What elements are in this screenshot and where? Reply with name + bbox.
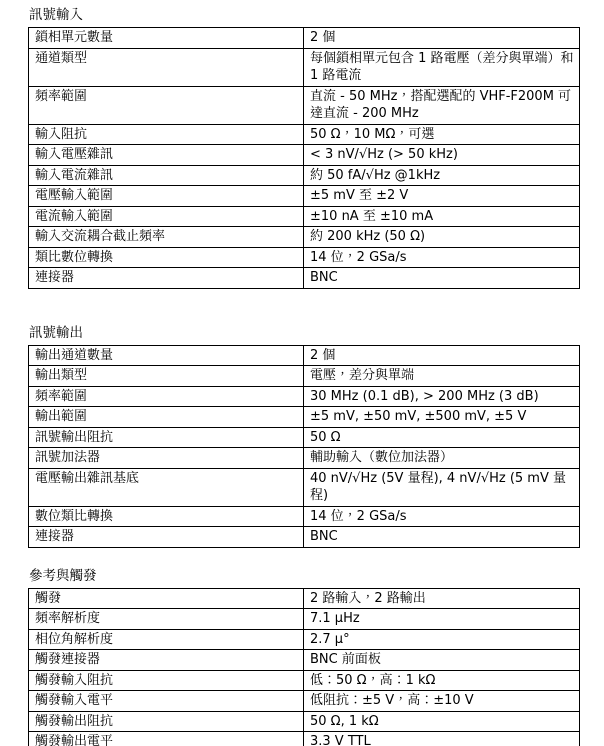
spec-value: 低：50 Ω，高：1 kΩ (304, 670, 580, 691)
spec-value: 14 位，2 GSa/s (304, 506, 580, 527)
spec-value: 50 Ω，10 MΩ，可選 (304, 124, 580, 145)
spec-value: 14 位，2 GSa/s (304, 247, 580, 268)
spec-value: 低阻抗：±5 V，高：±10 V (304, 691, 580, 712)
spec-value: < 3 nV/√Hz (> 50 kHz) (304, 145, 580, 166)
table-row: 輸入電壓雜訊 < 3 nV/√Hz (> 50 kHz) (29, 145, 580, 166)
spec-label: 輸入電壓雜訊 (29, 145, 304, 166)
table-row: 鎖相單元數量 2 個 (29, 28, 580, 49)
spec-table-signal-input: 鎖相單元數量 2 個 通道類型 每個鎖相單元包含 1 路電壓（差分與單端）和 1… (28, 27, 580, 289)
table-row: 訊號輸出阻抗 50 Ω (29, 427, 580, 448)
spec-label: 輸入交流耦合截止頻率 (29, 227, 304, 248)
section-title: 訊號輸入 (29, 7, 580, 24)
section-title: 參考與觸發 (29, 568, 580, 585)
table-row: 輸出範圍 ±5 mV, ±50 mV, ±500 mV, ±5 V (29, 407, 580, 428)
spec-value: 每個鎖相單元包含 1 路電壓（差分與單端）和 1 路電流 (304, 48, 580, 86)
table-row: 觸發輸入阻抗 低：50 Ω，高：1 kΩ (29, 670, 580, 691)
table-row: 頻率範圍 直流 - 50 MHz，搭配選配的 VHF-F200M 可達直流 - … (29, 86, 580, 124)
spec-label: 觸發 (29, 588, 304, 609)
table-row: 觸發輸入電平 低阻抗：±5 V，高：±10 V (29, 691, 580, 712)
spec-value: ±5 mV 至 ±2 V (304, 186, 580, 207)
spec-label: 電壓輸入範圍 (29, 186, 304, 207)
spec-label: 輸出通道數量 (29, 345, 304, 366)
spec-label: 輸出類型 (29, 366, 304, 387)
table-row: 電流輸入範圍 ±10 nA 至 ±10 mA (29, 206, 580, 227)
table-row: 連接器 BNC (29, 268, 580, 289)
table-row: 相位角解析度 2.7 μ° (29, 629, 580, 650)
spec-value: ±10 nA 至 ±10 mA (304, 206, 580, 227)
spec-label: 類比數位轉換 (29, 247, 304, 268)
spec-value: BNC 前面板 (304, 650, 580, 671)
spec-value: 2 路輸入，2 路輸出 (304, 588, 580, 609)
spec-value: 50 Ω, 1 kΩ (304, 711, 580, 732)
table-row: 連接器 BNC (29, 527, 580, 548)
spec-label: 數位類比轉換 (29, 506, 304, 527)
spec-value: BNC (304, 527, 580, 548)
spec-label: 訊號輸出阻抗 (29, 427, 304, 448)
table-row: 觸發輸出阻抗 50 Ω, 1 kΩ (29, 711, 580, 732)
spec-label: 頻率範圍 (29, 86, 304, 124)
spec-label: 電壓輸出雜訊基底 (29, 468, 304, 506)
spec-value: 約 50 fA/√Hz @1kHz (304, 165, 580, 186)
table-row: 頻率解析度 7.1 μHz (29, 609, 580, 630)
table-row: 訊號加法器 輔助輸入（數位加法器） (29, 448, 580, 469)
table-row: 輸出類型 電壓，差分與單端 (29, 366, 580, 387)
table-row: 數位類比轉換 14 位，2 GSa/s (29, 506, 580, 527)
spec-value: 50 Ω (304, 427, 580, 448)
spec-label: 通道類型 (29, 48, 304, 86)
spec-value: 直流 - 50 MHz，搭配選配的 VHF-F200M 可達直流 - 200 M… (304, 86, 580, 124)
spec-value: 2.7 μ° (304, 629, 580, 650)
spec-label: 鎖相單元數量 (29, 28, 304, 49)
spec-label: 頻率範圍 (29, 386, 304, 407)
section-signal-output: 訊號輸出 輸出通道數量 2 個 輸出類型 電壓，差分與單端 頻率範圍 30 MH… (28, 325, 580, 548)
spec-value: 電壓，差分與單端 (304, 366, 580, 387)
table-row: 電壓輸入範圍 ±5 mV 至 ±2 V (29, 186, 580, 207)
spec-label: 相位角解析度 (29, 629, 304, 650)
spec-value: ±5 mV, ±50 mV, ±500 mV, ±5 V (304, 407, 580, 428)
spec-table-reference-trigger: 觸發 2 路輸入，2 路輸出 頻率解析度 7.1 μHz 相位角解析度 2.7 … (28, 588, 580, 746)
table-row: 觸發輸出電平 3.3 V TTL (29, 732, 580, 746)
table-row: 輸出通道數量 2 個 (29, 345, 580, 366)
spec-label: 訊號加法器 (29, 448, 304, 469)
section-signal-input: 訊號輸入 鎖相單元數量 2 個 通道類型 每個鎖相單元包含 1 路電壓（差分與單… (28, 7, 580, 289)
spec-value: 2 個 (304, 345, 580, 366)
section-reference-trigger: 參考與觸發 觸發 2 路輸入，2 路輸出 頻率解析度 7.1 μHz 相位角解析… (28, 568, 580, 746)
spec-label: 輸出範圍 (29, 407, 304, 428)
table-row: 輸入阻抗 50 Ω，10 MΩ，可選 (29, 124, 580, 145)
table-row: 電壓輸出雜訊基底 40 nV/√Hz (5V 量程), 4 nV/√Hz (5 … (29, 468, 580, 506)
spec-label: 頻率解析度 (29, 609, 304, 630)
table-row: 類比數位轉換 14 位，2 GSa/s (29, 247, 580, 268)
spec-value: 30 MHz (0.1 dB), > 200 MHz (3 dB) (304, 386, 580, 407)
spec-label: 觸發輸入阻抗 (29, 670, 304, 691)
spec-label: 觸發輸出電平 (29, 732, 304, 746)
spec-value: 40 nV/√Hz (5V 量程), 4 nV/√Hz (5 mV 量程) (304, 468, 580, 506)
spec-table-signal-output: 輸出通道數量 2 個 輸出類型 電壓，差分與單端 頻率範圍 30 MHz (0.… (28, 345, 580, 548)
spec-value: 約 200 kHz (50 Ω) (304, 227, 580, 248)
spec-label: 輸入阻抗 (29, 124, 304, 145)
spec-label: 觸發輸入電平 (29, 691, 304, 712)
table-row: 頻率範圍 30 MHz (0.1 dB), > 200 MHz (3 dB) (29, 386, 580, 407)
section-title: 訊號輸出 (29, 325, 580, 342)
table-row: 通道類型 每個鎖相單元包含 1 路電壓（差分與單端）和 1 路電流 (29, 48, 580, 86)
spec-label: 電流輸入範圍 (29, 206, 304, 227)
spec-label: 觸發連接器 (29, 650, 304, 671)
spec-value: BNC (304, 268, 580, 289)
spec-document: 訊號輸入 鎖相單元數量 2 個 通道類型 每個鎖相單元包含 1 路電壓（差分與單… (0, 0, 604, 746)
spec-value: 輔助輸入（數位加法器） (304, 448, 580, 469)
spec-value: 3.3 V TTL (304, 732, 580, 746)
table-row: 觸發 2 路輸入，2 路輸出 (29, 588, 580, 609)
spec-value: 2 個 (304, 28, 580, 49)
spec-label: 連接器 (29, 527, 304, 548)
table-row: 輸入電流雜訊 約 50 fA/√Hz @1kHz (29, 165, 580, 186)
table-row: 輸入交流耦合截止頻率 約 200 kHz (50 Ω) (29, 227, 580, 248)
spec-label: 連接器 (29, 268, 304, 289)
spec-label: 觸發輸出阻抗 (29, 711, 304, 732)
table-row: 觸發連接器 BNC 前面板 (29, 650, 580, 671)
spec-value: 7.1 μHz (304, 609, 580, 630)
spec-label: 輸入電流雜訊 (29, 165, 304, 186)
